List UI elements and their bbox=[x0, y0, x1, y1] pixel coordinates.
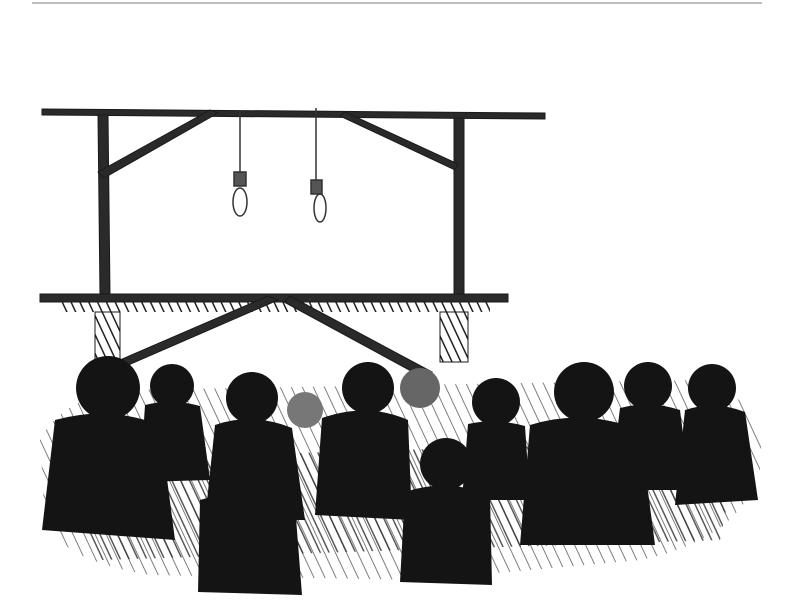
sketch-illustration bbox=[0, 0, 800, 600]
nooses bbox=[233, 108, 326, 222]
gallows bbox=[40, 109, 545, 378]
